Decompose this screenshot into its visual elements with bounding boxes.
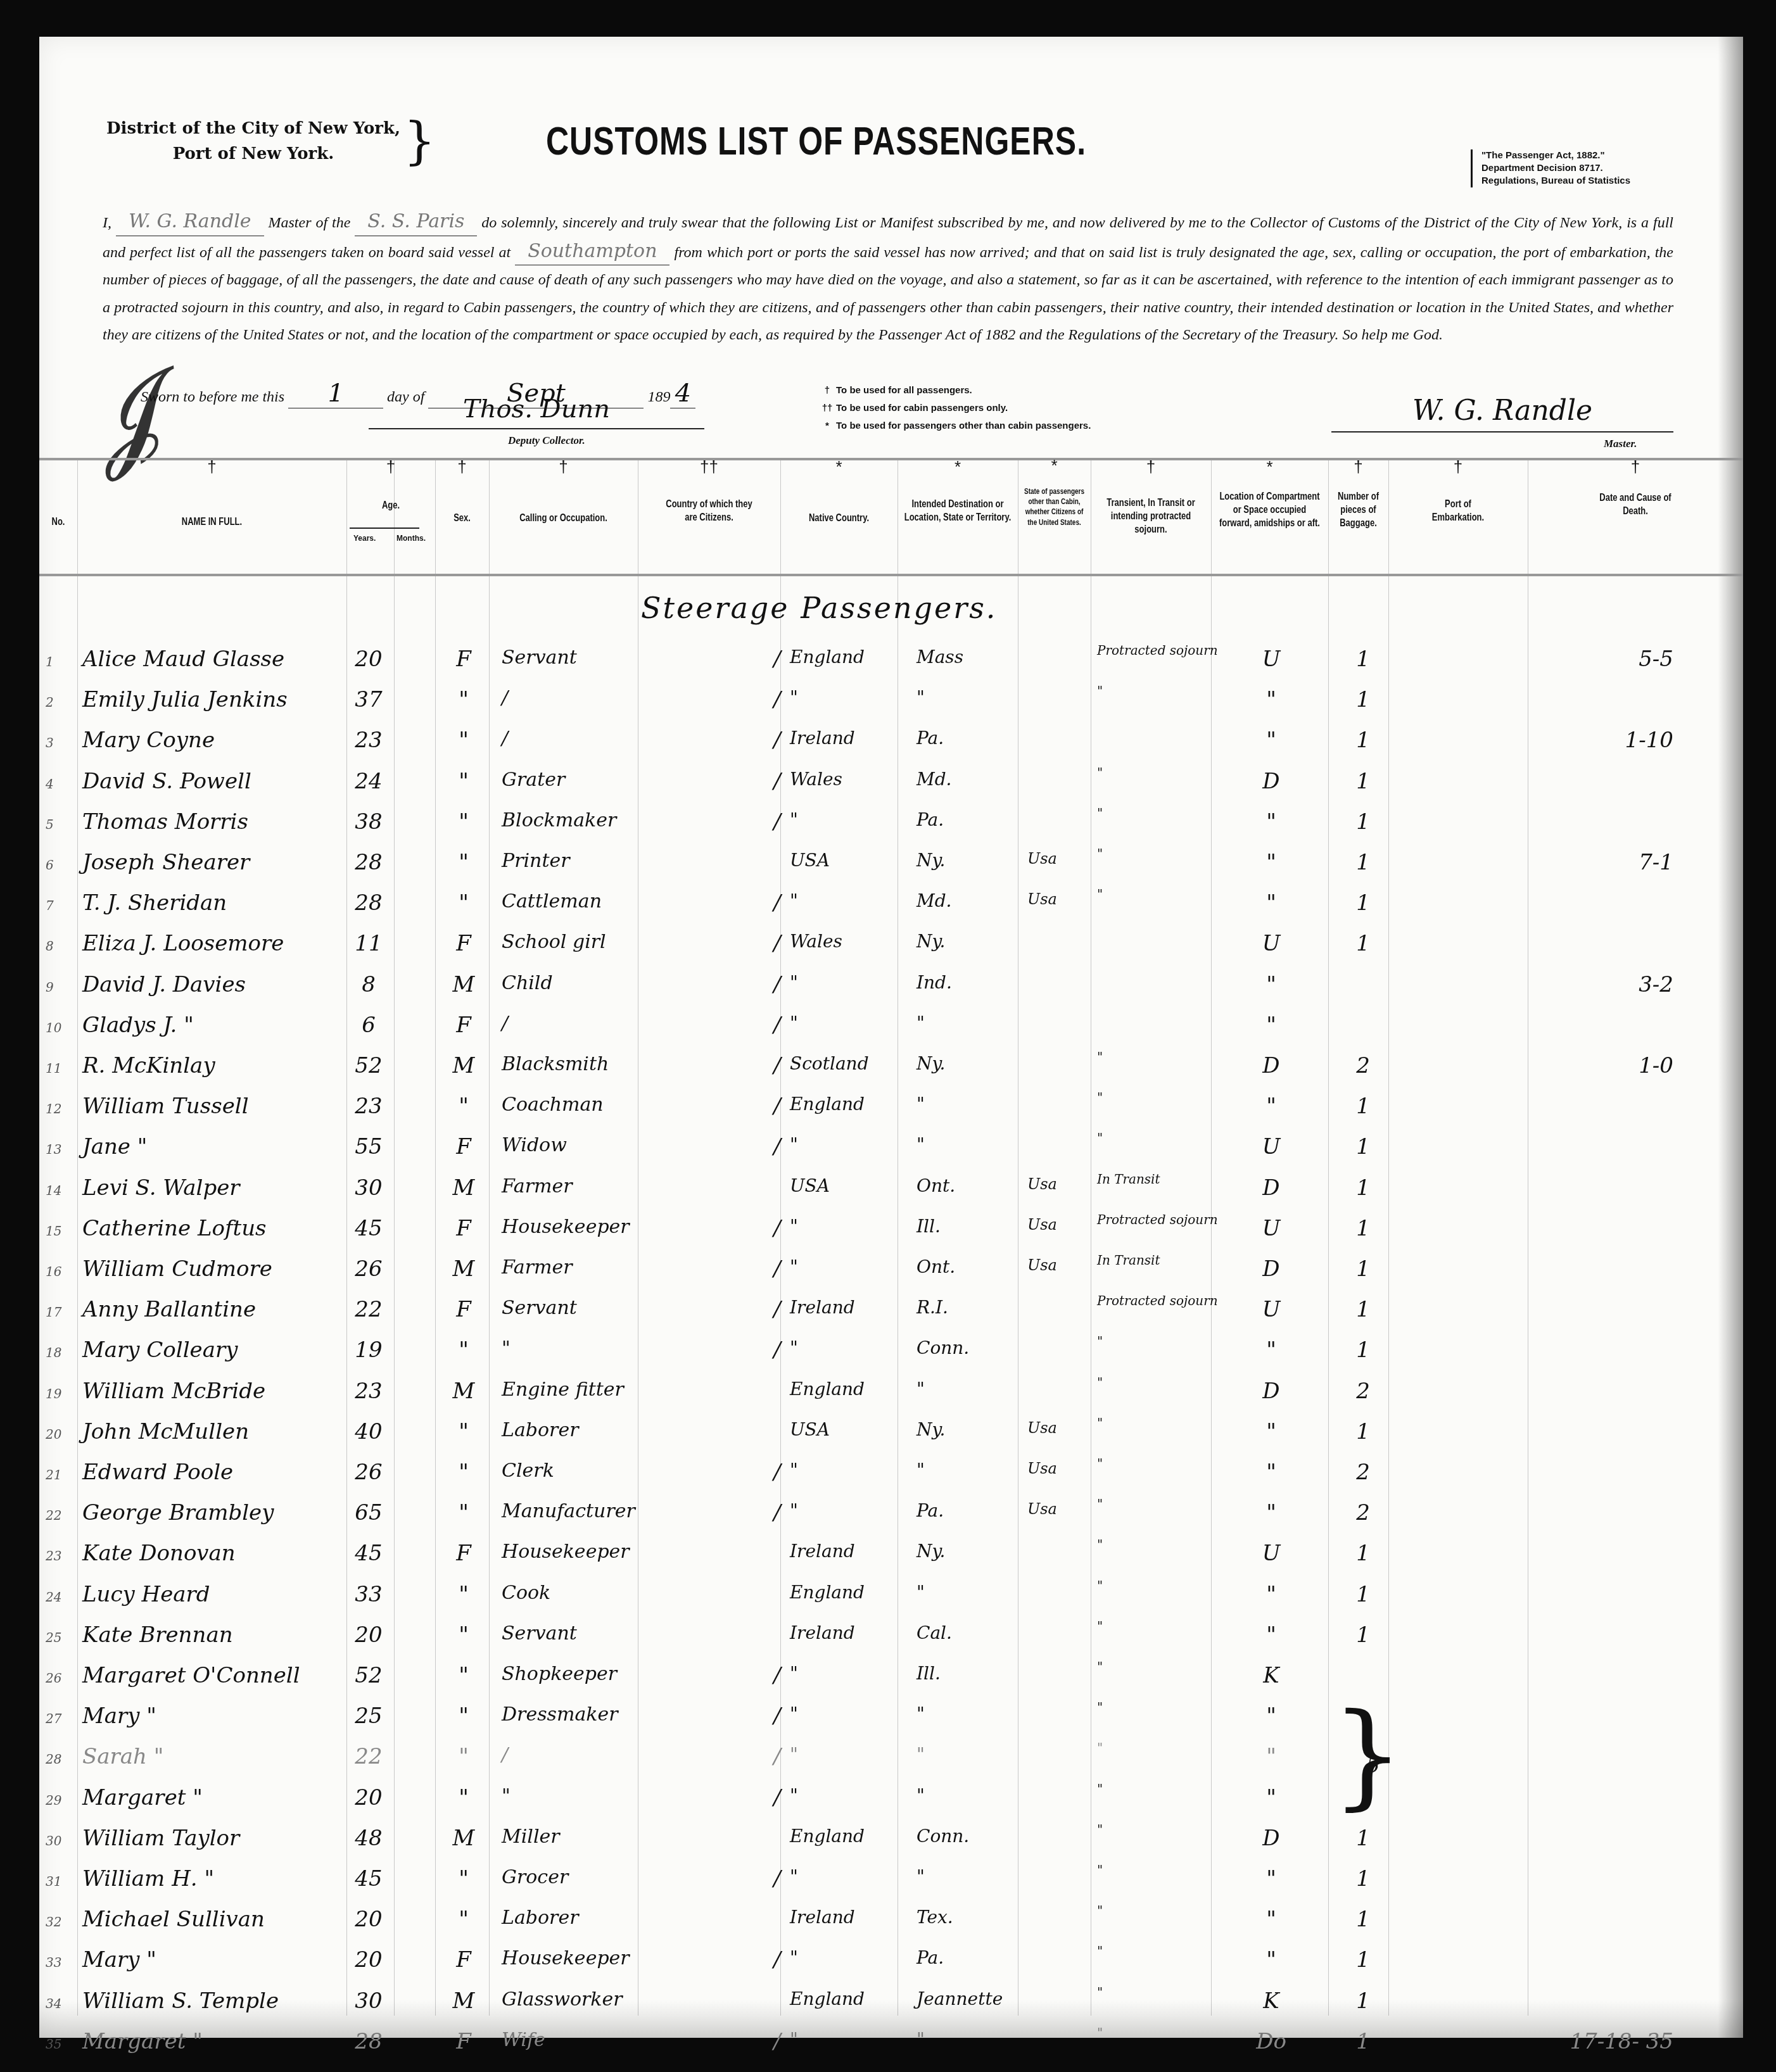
cell-status: Usa [1027, 1500, 1057, 1518]
cell-location: U [1252, 1134, 1290, 1159]
cell-occupation: / [502, 1744, 508, 1766]
cell-destination: Ont. [917, 1256, 955, 1277]
cell-occupation: Farmer [502, 1256, 573, 1279]
cell-location: " [1252, 972, 1290, 997]
cell-years: 37 [350, 687, 388, 712]
cell-name: Jane " [82, 1134, 147, 1159]
act-reference: "The Passenger Act, 1882." Department De… [1471, 149, 1630, 187]
cell-occupation: Engine fitter [502, 1379, 624, 1401]
cell-no: 23 [46, 1548, 77, 1563]
cell-sex: " [445, 1866, 483, 1892]
table-row: 21Edward Poole26"Clerk/""Usa""2 [39, 1455, 1743, 1495]
cell-location: " [1252, 1907, 1290, 1932]
cell-sex: F [445, 1297, 483, 1322]
cell-sex: " [445, 769, 483, 794]
cell-death: 7-1 [1534, 850, 1673, 875]
cell-no: 2 [46, 695, 77, 710]
table-row: 7T. J. Sheridan28"Cattleman/"Md.Usa""1 [39, 885, 1743, 926]
cell-sex: " [445, 1582, 483, 1607]
table-row: 4David S. Powell24"Grater/WalesMd."D1 [39, 764, 1743, 804]
cell-location: " [1252, 687, 1290, 712]
cell-transient: " [1097, 1864, 1103, 1876]
cell-name: Margaret " [82, 1785, 203, 1810]
cell-no: 9 [46, 980, 77, 995]
cell-years: 38 [350, 809, 388, 835]
col-header-months: Months. [396, 534, 426, 543]
cell-no: 29 [46, 1793, 77, 1808]
cell-destination: Mass [917, 647, 963, 667]
cell-location: " [1252, 1500, 1290, 1526]
cell-no: 5 [46, 817, 77, 832]
cell-baggage: 1 [1350, 1134, 1376, 1159]
cell-citizen: / [761, 1947, 793, 1973]
cell-name: T. J. Sheridan [82, 890, 227, 916]
cell-native: England [790, 1826, 865, 1847]
table-row: 20John McMullen40"LaborerUSANy.Usa""1 [39, 1414, 1743, 1455]
cell-no: 11 [46, 1061, 77, 1076]
cell-sex: M [445, 1826, 483, 1851]
cell-no: 26 [46, 1671, 77, 1686]
cell-native: Scotland [790, 1053, 869, 1074]
legend-text: To be used for all passengers. [836, 385, 972, 396]
cell-location: U [1252, 1297, 1290, 1322]
cell-no: 21 [46, 1467, 77, 1482]
cell-no: 33 [46, 1955, 77, 1970]
cell-destination: Ill. [917, 1216, 941, 1237]
oath-master-of: Master of the [269, 215, 351, 231]
cell-baggage: 2 [1350, 1500, 1376, 1526]
cell-occupation: Servant [502, 647, 577, 669]
cell-sex: " [445, 728, 483, 753]
cell-years: 20 [350, 1947, 388, 1973]
cell-native: USA [790, 850, 830, 871]
cell-name: Joseph Shearer [82, 850, 250, 875]
cell-native: " [790, 1703, 798, 1724]
cell-transient: " [1097, 847, 1103, 860]
cell-location: " [1252, 1094, 1290, 1119]
cell-location: " [1252, 850, 1290, 875]
cell-transient: " [1097, 1132, 1103, 1144]
cell-sex: " [445, 1785, 483, 1810]
cell-sex: " [445, 809, 483, 835]
cell-destination: Pa. [917, 809, 944, 830]
cell-occupation: / [502, 728, 508, 750]
cell-name: Edward Poole [82, 1460, 233, 1485]
cell-occupation: Clerk [502, 1460, 554, 1482]
table-row: 15Catherine Loftus45FHousekeeper/"Ill.Us… [39, 1211, 1743, 1251]
cell-occupation: Laborer [502, 1907, 579, 1929]
cell-baggage: 1 [1350, 1582, 1376, 1607]
cell-years: 45 [350, 1866, 388, 1892]
cell-location: " [1252, 728, 1290, 753]
cell-destination: " [917, 1460, 925, 1481]
cell-name: Mary Colleary [82, 1337, 238, 1363]
col-header-transient: †Transient, In Transit or intending prot… [1091, 458, 1211, 574]
cell-sex: F [445, 1947, 483, 1973]
cell-baggage: 1 [1350, 1419, 1376, 1444]
cell-occupation: Dressmaker [502, 1703, 618, 1726]
cell-native: " [790, 1134, 798, 1155]
cell-occupation: Servant [502, 1297, 577, 1319]
cell-baggage: 1 [1350, 728, 1376, 753]
cell-destination: Cal. [917, 1622, 952, 1643]
cell-occupation: Servant [502, 1622, 577, 1645]
master-signature: W. G. Randle [1331, 395, 1673, 433]
table-row: 23Kate Donovan45FHousekeeperIrelandNy."U… [39, 1536, 1743, 1576]
dagger-icon: † [1146, 462, 1155, 500]
col-header-years: Years. [353, 534, 376, 543]
cell-location: " [1252, 890, 1290, 916]
cell-name: William Tussell [82, 1094, 249, 1119]
cell-years: 19 [350, 1337, 388, 1363]
cell-name: Kate Donovan [82, 1541, 236, 1566]
cell-transient: " [1097, 1376, 1103, 1389]
cell-death: 5-5 [1534, 647, 1673, 672]
cell-native: Ireland [790, 1297, 855, 1318]
cell-transient: " [1097, 1498, 1103, 1510]
table-row: 5Thomas Morris38"Blockmaker/"Pa.""1 [39, 804, 1743, 845]
cell-transient: " [1097, 1945, 1103, 1957]
cell-baggage: 1 [1350, 1216, 1376, 1241]
cell-native: " [790, 1013, 798, 1033]
cell-occupation: Coachman [502, 1094, 604, 1116]
cell-occupation: / [502, 1013, 508, 1035]
col-header-baggage: †Number of pieces of Baggage. [1328, 458, 1388, 574]
cell-native: " [790, 1785, 798, 1806]
col-header-destination: *Intended Destination or Location, State… [898, 458, 1018, 574]
cell-destination: " [917, 687, 925, 708]
cell-sex: M [445, 1175, 483, 1201]
cell-years: 33 [350, 1582, 388, 1607]
cell-sex: " [445, 1500, 483, 1526]
cell-location: D [1252, 1053, 1290, 1078]
cell-no: 14 [46, 1183, 77, 1198]
cell-name: William Cudmore [82, 1256, 272, 1282]
vessel-name-field: S. S. Paris [355, 208, 477, 236]
cell-name: R. McKinlay [82, 1053, 215, 1078]
district-heading: District of the City of New York, Port o… [82, 116, 424, 167]
cell-occupation: Shopkeeper [502, 1663, 617, 1685]
cell-destination: Conn. [917, 1826, 969, 1847]
cell-transient: In Transit [1097, 1254, 1160, 1267]
cell-transient: " [1097, 1579, 1103, 1592]
cell-destination: Pa. [917, 728, 944, 749]
table-row: 14Levi S. Walper30MFarmerUSAOnt.UsaIn Tr… [39, 1170, 1743, 1211]
col-header-sex: †Sex. [435, 458, 489, 574]
cell-destination: Md. [917, 769, 952, 790]
cell-citizen: / [761, 1460, 793, 1485]
cell-location: D [1252, 1379, 1290, 1404]
cell-native: " [790, 1663, 798, 1684]
cell-name: William McBride [82, 1379, 265, 1404]
cell-occupation: Housekeeper [502, 1947, 630, 1969]
cell-name: Thomas Morris [82, 809, 248, 835]
cell-destination: Ind. [917, 972, 952, 993]
cell-transient: " [1097, 1741, 1103, 1754]
cell-citizen: / [761, 1297, 793, 1322]
table-row: 19William McBride23MEngine fitterEngland… [39, 1374, 1743, 1414]
cell-sex: " [445, 1419, 483, 1444]
cell-years: 23 [350, 1379, 388, 1404]
legend-text: To be used for cabin passengers only. [836, 403, 1008, 414]
col-header-death: †Date and Cause of Death. [1528, 458, 1743, 574]
cell-no: 16 [46, 1264, 77, 1279]
table-row: 27Mary "25"Dressmaker/"""" [39, 1698, 1743, 1739]
cell-years: 20 [350, 1622, 388, 1648]
cell-no: 4 [46, 776, 77, 792]
cell-location: " [1252, 1744, 1290, 1769]
cell-name: Alice Maud Glasse [82, 647, 284, 672]
cell-destination: " [917, 1785, 925, 1806]
act-ref-line: Regulations, Bureau of Statistics [1481, 175, 1630, 187]
cell-destination: Ill. [917, 1663, 941, 1684]
district-line-1: District of the City of New York, [82, 116, 424, 141]
table-row: 31William H. "45"Grocer/""""1 [39, 1861, 1743, 1902]
act-ref-line: Department Decision 8717. [1481, 162, 1630, 175]
cell-destination: Ny. [917, 931, 946, 952]
cell-baggage: 1 [1350, 1907, 1376, 1932]
cell-death: 3-2 [1534, 972, 1673, 997]
table-row: 6Joseph Shearer28"PrinterUSANy.Usa""17-1 [39, 845, 1743, 885]
table-row: 24Lucy Heard33"CookEngland"""1 [39, 1577, 1743, 1617]
manifest-page: District of the City of New York, Port o… [39, 37, 1743, 2038]
cell-name: Levi S. Walper [82, 1175, 240, 1201]
cell-destination: R.I. [917, 1297, 948, 1318]
cell-years: 30 [350, 1175, 388, 1201]
cell-years: 20 [350, 647, 388, 672]
cell-sex: " [445, 1663, 483, 1688]
cell-baggage: 1 [1350, 1297, 1376, 1322]
cell-no: 8 [46, 938, 77, 954]
cell-native: Ireland [790, 728, 855, 749]
cell-transient: " [1097, 1986, 1103, 1999]
cell-native: Ireland [790, 1541, 855, 1562]
cell-destination: Ny. [917, 1541, 946, 1562]
cell-no: 28 [46, 1752, 77, 1767]
double-dagger-icon: †† [700, 462, 718, 500]
brace-icon: } [403, 116, 436, 167]
cell-sex: " [445, 1094, 483, 1119]
cell-no: 32 [46, 1914, 77, 1930]
cell-status: Usa [1027, 1460, 1057, 1477]
cell-destination: Pa. [917, 1500, 944, 1521]
cell-years: 28 [350, 890, 388, 916]
cell-transient: " [1097, 888, 1103, 900]
cell-no: 25 [46, 1630, 77, 1645]
cell-status: Usa [1027, 890, 1057, 908]
cell-years: 23 [350, 728, 388, 753]
cell-citizen: / [761, 687, 793, 712]
col-header-location: *Location of Compartment or Space occupi… [1211, 458, 1328, 574]
cell-native: " [790, 1256, 798, 1277]
dagger-icon: † [207, 462, 216, 500]
cell-native: England [790, 647, 865, 667]
cell-baggage: 1 [1350, 1541, 1376, 1566]
age-divider [350, 527, 419, 529]
oath-paragraph: I, W. G. Randle Master of the S. S. Pari… [103, 208, 1673, 350]
cell-baggage: 1 [1350, 1337, 1376, 1363]
oath-i: I, [103, 215, 111, 231]
header-rule-bottom [39, 574, 1743, 576]
deputy-label: Deputy Collector. [508, 434, 585, 447]
cell-transient: " [1097, 1701, 1103, 1714]
cell-baggage: 1 [1350, 1256, 1376, 1282]
cell-citizen: / [761, 1703, 793, 1729]
cell-location: U [1252, 647, 1290, 672]
cell-location: D [1252, 769, 1290, 794]
cell-native: Wales [790, 931, 842, 952]
cell-sex: " [445, 1703, 483, 1729]
cell-native: " [790, 890, 798, 911]
cell-occupation: Widow [502, 1134, 567, 1156]
cell-occupation: Blockmaker [502, 809, 616, 831]
table-row: 26Margaret O'Connell52"Shopkeeper/"Ill."… [39, 1658, 1743, 1698]
cell-location: " [1252, 809, 1290, 835]
cell-destination: Conn. [917, 1337, 969, 1358]
cell-sex: " [445, 1460, 483, 1485]
table-row: 25Kate Brennan20"ServantIrelandCal.""1 [39, 1617, 1743, 1658]
cell-native: " [790, 1500, 798, 1521]
cell-no: 3 [46, 735, 77, 750]
col-header-citizenship: ††Country of which they are Citizens. [638, 458, 780, 574]
cell-destination: Md. [917, 890, 952, 911]
cell-occupation: Housekeeper [502, 1216, 630, 1238]
cell-citizen: / [761, 647, 793, 672]
cell-destination: Ny. [917, 1419, 946, 1440]
cell-sex: F [445, 1216, 483, 1241]
cell-native: " [790, 972, 798, 993]
cell-no: 7 [46, 898, 77, 913]
cell-years: 23 [350, 1094, 388, 1119]
cell-destination: " [917, 1744, 925, 1765]
col-header-occupation: †Calling or Occupation. [489, 458, 638, 574]
cell-name: Mary " [82, 1703, 156, 1729]
cell-transient: " [1097, 685, 1103, 697]
cell-native: " [790, 687, 798, 708]
cell-occupation: School girl [502, 931, 606, 953]
cell-transient: " [1097, 766, 1103, 779]
cell-years: 45 [350, 1216, 388, 1241]
cell-name: Sarah " [82, 1744, 163, 1769]
cell-occupation: Cook [502, 1582, 550, 1604]
cell-baggage: 1 [1350, 647, 1376, 672]
page-title: CUSTOMS LIST OF PASSENGERS. [546, 118, 1086, 164]
cell-transient: " [1097, 1457, 1103, 1470]
cell-citizen: / [761, 1866, 793, 1892]
legend-item: ††To be used for cabin passengers only. [818, 400, 1091, 417]
district-line-2: Port of New York. [82, 141, 424, 167]
cell-occupation: Miller [502, 1826, 560, 1848]
cell-sex: " [445, 1744, 483, 1769]
table-row: 12William Tussell23"Coachman/England"""1 [39, 1089, 1743, 1129]
cell-native: " [790, 1460, 798, 1481]
table-row: 33Mary "20FHousekeeper/"Pa.""1 [39, 1942, 1743, 1983]
cell-native: " [790, 1216, 798, 1237]
cell-death: 1-10 [1534, 728, 1673, 753]
cell-years: 20 [350, 1785, 388, 1810]
cell-occupation: Farmer [502, 1175, 573, 1197]
page-fold-shadow [39, 2000, 1743, 2038]
cell-location: " [1252, 1703, 1290, 1729]
cell-citizen: / [761, 1134, 793, 1159]
cell-location: " [1252, 1622, 1290, 1648]
cell-citizen: / [761, 1094, 793, 1119]
cell-baggage: 2 [1350, 1379, 1376, 1404]
cell-destination: " [917, 1582, 925, 1603]
cell-baggage: 1 [1350, 1947, 1376, 1973]
cell-destination: " [917, 1094, 925, 1115]
act-ref-line: "The Passenger Act, 1882." [1481, 149, 1630, 162]
cell-no: 19 [46, 1386, 77, 1401]
cell-transient: " [1097, 1783, 1103, 1795]
cell-sex: M [445, 1053, 483, 1078]
cell-status: Usa [1027, 1175, 1057, 1193]
cell-name: Lucy Heard [82, 1582, 210, 1607]
dagger-icon: † [1454, 462, 1462, 500]
cell-name: Eliza J. Loosemore [82, 931, 284, 956]
cell-citizen: / [761, 1500, 793, 1526]
cell-no: 27 [46, 1711, 77, 1726]
cell-no: 10 [46, 1020, 77, 1035]
cell-location: D [1252, 1175, 1290, 1201]
cell-name: Emily Julia Jenkins [82, 687, 288, 712]
cell-native: " [790, 1337, 798, 1358]
cell-baggage: 1 [1350, 890, 1376, 916]
cell-sex: " [445, 1337, 483, 1363]
table-row: 30William Taylor48MMillerEnglandConn."D1 [39, 1821, 1743, 1861]
cell-no: 24 [46, 1589, 77, 1605]
cell-citizen: / [761, 890, 793, 916]
cell-no: 30 [46, 1833, 77, 1848]
cell-no: 17 [46, 1304, 77, 1320]
cell-occupation: Manufacturer [502, 1500, 635, 1522]
cell-years: 45 [350, 1541, 388, 1566]
cell-destination: Pa. [917, 1947, 944, 1968]
cell-location: " [1252, 1947, 1290, 1973]
dagger-icon: † [386, 462, 395, 500]
cell-no: 31 [46, 1874, 77, 1889]
cell-name: David J. Davies [82, 972, 246, 997]
col-header-port: †Port of Embarkation. [1388, 458, 1528, 574]
cell-baggage: 1 [1350, 1094, 1376, 1119]
cell-citizen: / [761, 809, 793, 835]
cell-location: " [1252, 1419, 1290, 1444]
cell-destination: " [917, 1134, 925, 1155]
cell-occupation: " [502, 1785, 511, 1807]
master-name-field: W. G. Randle [116, 208, 264, 236]
legend-text: To be used for passengers other than cab… [836, 420, 1091, 431]
cell-no: 22 [46, 1508, 77, 1523]
cell-transient: Protracted sojourn [1097, 644, 1218, 657]
cell-baggage: 1 [1350, 1622, 1376, 1648]
table-row: 13Jane "55FWidow/"""U1 [39, 1129, 1743, 1170]
cell-location: " [1252, 1866, 1290, 1892]
table-row: 11R. McKinlay52MBlacksmith/ScotlandNy."D… [39, 1048, 1743, 1089]
cell-sex: F [445, 1541, 483, 1566]
cell-sex: F [445, 647, 483, 672]
cell-name: Mary " [82, 1947, 156, 1973]
cell-sex: M [445, 1256, 483, 1282]
cell-no: 12 [46, 1101, 77, 1116]
master-label: Master. [1604, 438, 1637, 450]
cell-transient: " [1097, 1538, 1103, 1551]
table-row: 9David J. Davies8MChild/"Ind."3-2 [39, 967, 1743, 1008]
cell-destination: " [917, 1703, 925, 1724]
cell-status: Usa [1027, 1216, 1057, 1234]
cell-baggage: 1 [1350, 809, 1376, 835]
cell-citizen: / [761, 972, 793, 997]
cell-transient: " [1097, 1620, 1103, 1633]
